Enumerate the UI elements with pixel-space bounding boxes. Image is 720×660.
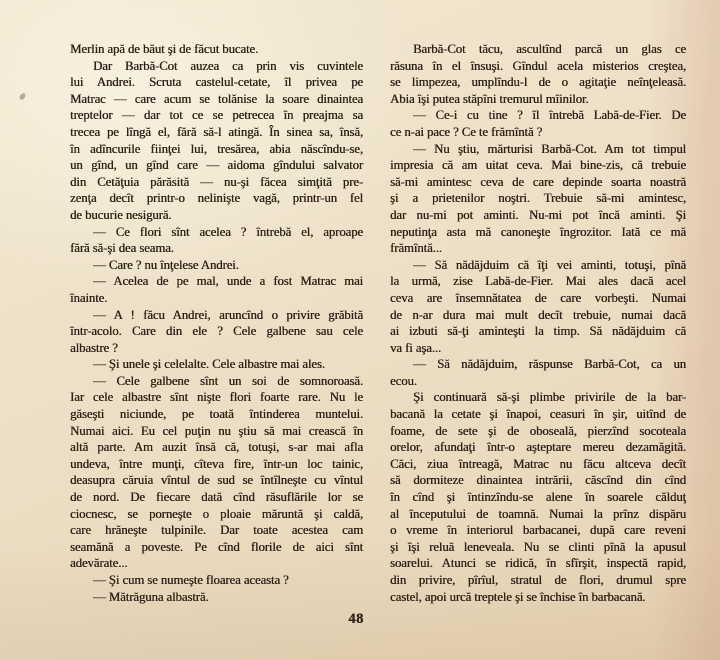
text-line: ai izbuti să-ţi aminteşti la timp. Să nă…	[390, 323, 686, 340]
text-line: şi a prietenilor noştri. Trebuie să-mi a…	[390, 190, 686, 207]
text-line: neputinţa asta mă canoneşte îngrozitor. …	[390, 224, 686, 241]
text-line: să-mi amintesc ceva de care depinde soar…	[390, 174, 686, 191]
text-line: ciocnesc, se porneşte o ploaie măruntă ş…	[70, 506, 363, 523]
text-column-left: Merlin apă de băut şi de făcut bucate.Da…	[70, 41, 363, 605]
text-line: Matrac — care acum se tolănise la soare …	[70, 91, 363, 108]
page-number: 48	[0, 611, 712, 628]
paragraph: Şi continuară să-şi plimbe privirile de …	[390, 389, 686, 605]
text-line: şi îşi reluă leneveala. Nu se clinti pîn…	[390, 539, 686, 556]
text-line: de bucurie nesigură.	[70, 207, 363, 224]
text-line: impresia că am uitat ceva. Mai bine-zis,…	[390, 157, 686, 174]
text-line: la urmă, zise Labă-de-Fier. Mai ales dac…	[390, 273, 686, 290]
text-line: — Şi cum se numeşte floarea aceasta ?	[70, 572, 363, 589]
text-line: — Să nădăjduim că îţi vei aminti, totuşi…	[390, 257, 686, 274]
text-line: găseşti niciunde, pe toată întinderea mu…	[70, 406, 363, 423]
text-line: Merlin apă de băut şi de făcut bucate.	[70, 41, 363, 58]
text-line: Abia îşi putea stăpîni tremurul mîinilor…	[390, 91, 686, 108]
text-line: al începutului de toamnă. Numai la prînz…	[390, 506, 686, 523]
text-line: seamănă a poveste. Pe cînd florile de ai…	[70, 539, 363, 556]
paragraph: — Mătrăguna albastră.	[70, 589, 363, 606]
text-line: trecea pe lîngă el, fără să-l atingă. În…	[70, 124, 363, 141]
text-line: înainte.	[70, 290, 363, 307]
text-line: se limpezea, umplîndu-l de o agitaţie ne…	[390, 74, 686, 91]
paragraph: Merlin apă de băut şi de făcut bucate.	[70, 41, 363, 58]
text-line: de n-ar dura mai mult decît trebuie, num…	[390, 307, 686, 324]
text-line: undeva, între munţi, cîteva fire, într-u…	[70, 456, 363, 473]
text-line: Barbă-Cot tăcu, ascultînd parcă un glas …	[390, 41, 686, 58]
text-line: — Cele galbene sînt un soi de somnoroasă…	[70, 373, 363, 390]
text-line: din Cetăţuia părăsită — nu-şi făcea simţ…	[70, 174, 363, 191]
paragraph: — Cele galbene sînt un soi de somnoroasă…	[70, 373, 363, 572]
text-line: un gînd, un gînd care — aidoma gîndului …	[70, 157, 363, 174]
paragraph: — Şi unele şi celelalte. Cele albastre m…	[70, 356, 363, 373]
text-line: fără să-şi dea seama.	[70, 240, 363, 257]
text-line: treptelor — dar tot ce se petrecea în pr…	[70, 107, 363, 124]
paragraph: — Acelea de pe mal, unde a fost Matrac m…	[70, 273, 363, 306]
text-line: va fi aşa...	[390, 340, 686, 357]
paragraph: Dar Barbă-Cot auzea ca prin vis cuvintel…	[70, 58, 363, 224]
text-line: albastre ?	[70, 340, 363, 357]
text-line: ecou.	[390, 373, 686, 390]
text-line: dar nu-mi pot aminti. Nu-mi pot încă ami…	[390, 207, 686, 224]
text-line: ceva are însemnătatea de care vorbeşti. …	[390, 290, 686, 307]
text-line: — Ce flori sînt acelea ? întrebă el, apr…	[70, 224, 363, 241]
text-line: Numai aici. Eu cel puţin nu ştiu să mai …	[70, 423, 363, 440]
text-line: într-acolo. Care din ele ? Cele galbene …	[70, 323, 363, 340]
paragraph: — Să nădăjduim că îţi vei aminti, totuşi…	[390, 257, 686, 357]
text-line: o vreme în interiorul barbacanei, după c…	[390, 522, 686, 539]
paragraph: — A ! făcu Andrei, aruncînd o privire gr…	[70, 307, 363, 357]
text-line: adevărate...	[70, 555, 363, 572]
text-line: altă parte. Am auzit însă că, totuşi, s-…	[70, 439, 363, 456]
text-line: — Acelea de pe mal, unde a fost Matrac m…	[70, 273, 363, 290]
text-line: — Să nădăjduim, răspunse Barbă-Cot, ca u…	[390, 356, 686, 373]
text-line: — Mătrăguna albastră.	[70, 589, 363, 606]
text-line: Căci, ziua întreagă, Matrac nu făcu altc…	[390, 456, 686, 473]
text-line: zenţa decît printr-o nelinişte vagă, pri…	[70, 190, 363, 207]
paragraph: Barbă-Cot tăcu, ascultînd parcă un glas …	[390, 41, 686, 107]
paragraph: — Şi cum se numeşte floarea aceasta ?	[70, 572, 363, 589]
text-line: Iar cele albastre sînt nişte flori foart…	[70, 389, 363, 406]
text-line: frămîntă...	[390, 240, 686, 257]
text-line: foame, de sete şi de oboseală, pierzînd …	[390, 423, 686, 440]
paragraph: — Ce-i cu tine ? îl întrebă Labă-de-Fier…	[390, 107, 686, 140]
text-line: soarelui. Atunci se ridică, în sfîrşit, …	[390, 555, 686, 572]
text-line: deasupra căruia vîntul de sud se întîlne…	[70, 472, 363, 489]
text-line: ce n-ai pace ? Ce te frămîntă ?	[390, 124, 686, 141]
text-line: — Ce-i cu tine ? îl întrebă Labă-de-Fier…	[390, 107, 686, 124]
book-page: Merlin apă de băut şi de făcut bucate.Da…	[0, 0, 720, 660]
text-line: Şi continuară să-şi plimbe privirile de …	[390, 389, 686, 406]
text-line: Dar Barbă-Cot auzea ca prin vis cuvintel…	[70, 58, 363, 75]
text-line: care hrăneşte tulpinile. Dar toate acest…	[70, 522, 363, 539]
text-line: răsuna în el însuşi. Gîndul acela mister…	[390, 58, 686, 75]
text-line: — A ! făcu Andrei, aruncînd o privire gr…	[70, 307, 363, 324]
paragraph: — Să nădăjduim, răspunse Barbă-Cot, ca u…	[390, 356, 686, 389]
paragraph: — Nu ştiu, mărturisi Barbă-Cot. Am tot t…	[390, 141, 686, 257]
text-line: bacană la cetate şi înapoi, ceasuri în ş…	[390, 406, 686, 423]
text-line: în cînd şi întinzîndu-se alene în soarel…	[390, 489, 686, 506]
text-line: lui Andrei. Scruta castelul-cetate, îl p…	[70, 74, 363, 91]
paragraph: — Care ? nu înţelese Andrei.	[70, 257, 363, 274]
text-line: din privire, pîrîul, stratul de flori, d…	[390, 572, 686, 589]
text-line: orelor, afundaţi într-o aşteptare mereu …	[390, 439, 686, 456]
text-line: — Care ? nu înţelese Andrei.	[70, 257, 363, 274]
ink-speck	[19, 92, 26, 100]
text-line: — Şi unele şi celelalte. Cele albastre m…	[70, 356, 363, 373]
text-line: — Nu ştiu, mărturisi Barbă-Cot. Am tot t…	[390, 141, 686, 158]
paragraph: — Ce flori sînt acelea ? întrebă el, apr…	[70, 224, 363, 257]
text-line: castel, apoi urcă treptele şi se închise…	[390, 589, 686, 606]
text-column-right: Barbă-Cot tăcu, ascultînd parcă un glas …	[390, 41, 686, 605]
text-line: să dormiteze dinaintea intrării, căscînd…	[390, 472, 686, 489]
text-line: în adîncurile fiinţei lui, tresărea, abi…	[70, 141, 363, 158]
text-line: de nord. De fiecare dată cînd răsuflăril…	[70, 489, 363, 506]
